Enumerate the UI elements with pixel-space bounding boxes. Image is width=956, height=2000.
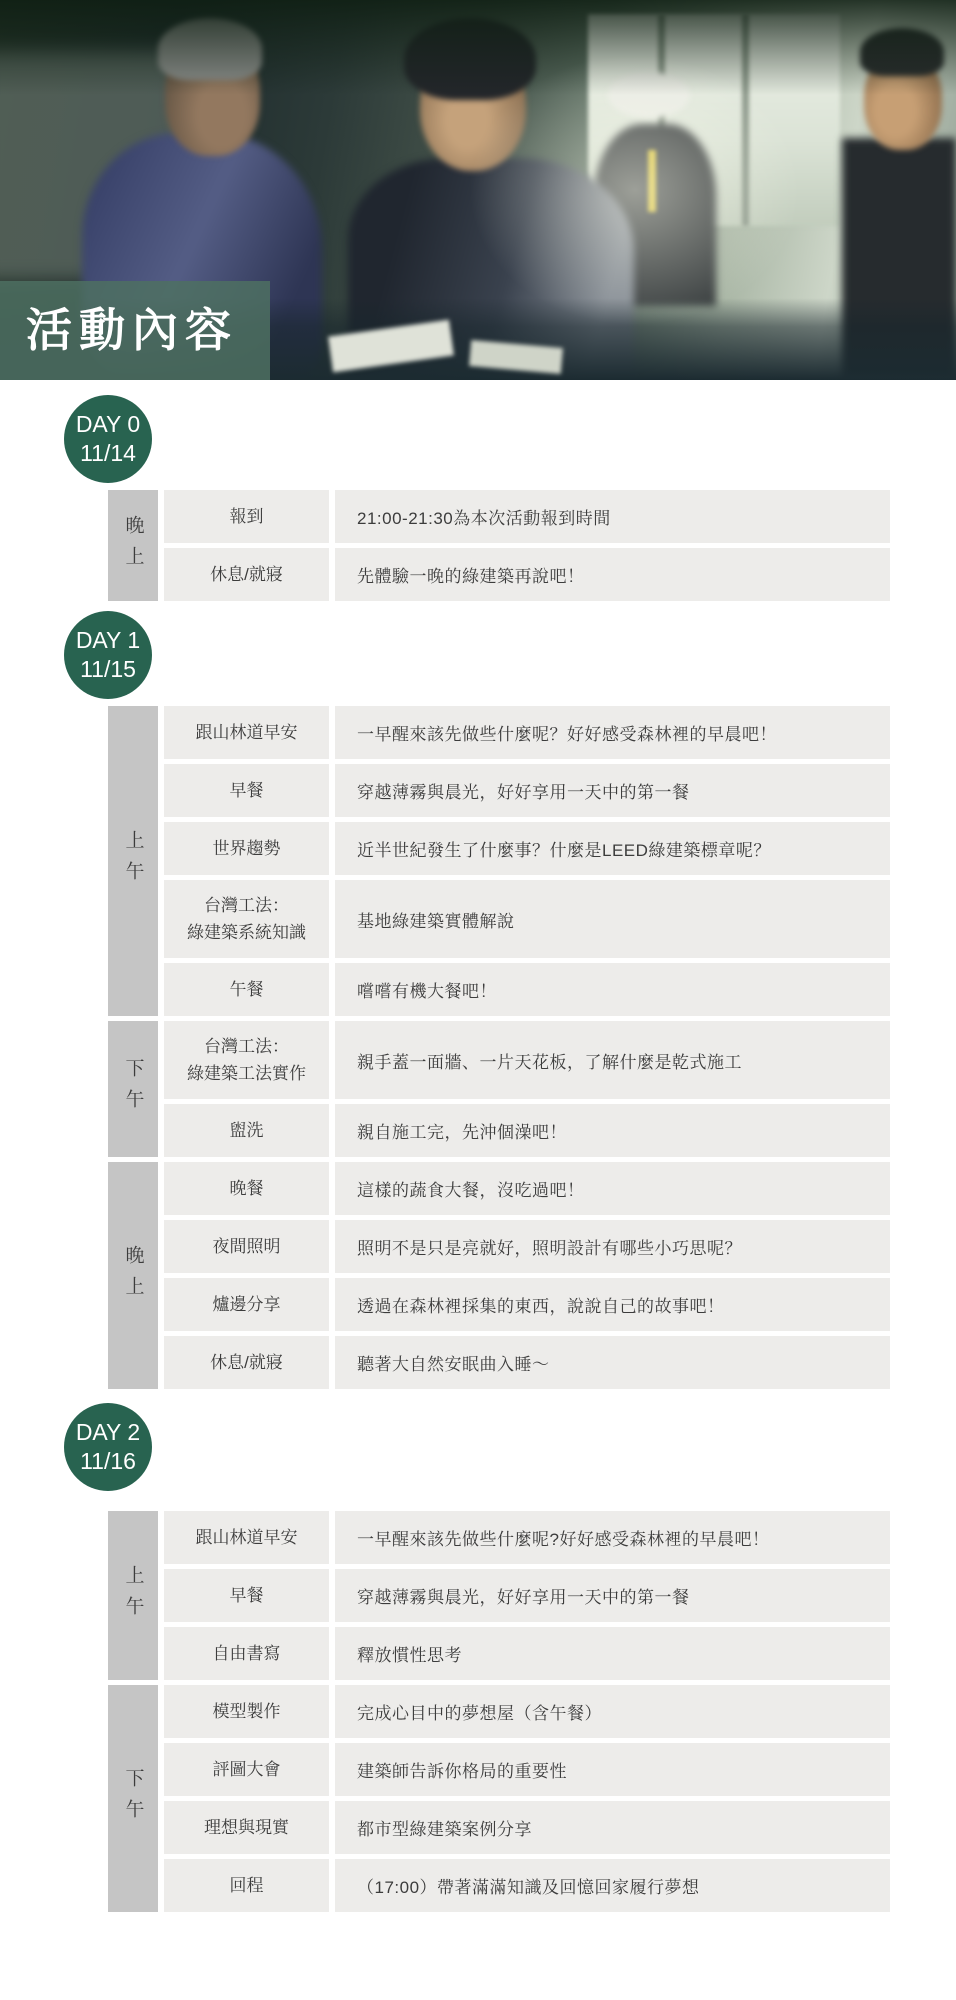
description-cell: 釋放慣性思考	[335, 1627, 890, 1680]
activity-cell: 自由書寫	[164, 1627, 329, 1680]
section-rows: 台灣工法： 綠建築工法實作親手蓋一面牆、一片天花板，了解什麼是乾式施工盥洗親自施…	[164, 1021, 890, 1157]
schedule-row: 晚餐這樣的蔬食大餐，沒吃過吧！	[164, 1162, 890, 1215]
time-of-day-cell: 下午	[108, 1021, 158, 1157]
section-rows: 跟山林道早安一早醒來該先做些什麼呢？好好感受森林裡的早晨吧！早餐穿越薄霧與晨光，…	[164, 706, 890, 1016]
schedule-section: 晚上報到21:00-21:30為本次活動報到時間休息/就寢先體驗一晚的綠建築再說…	[108, 490, 890, 601]
schedule-row: 休息/就寢聽著大自然安眠曲入睡～	[164, 1336, 890, 1389]
schedule-row: 理想與現實都市型綠建築案例分享	[164, 1801, 890, 1854]
day-group: DAY 011/14晚上報到21:00-21:30為本次活動報到時間休息/就寢先…	[0, 395, 956, 601]
day-badge-date: 11/14	[80, 439, 136, 468]
schedule-section: 下午模型製作完成心目中的夢想屋（含午餐）評圖大會建築師告訴你格局的重要性理想與現…	[108, 1685, 890, 1912]
description-cell: 一早醒來該先做些什麼呢?好好感受森林裡的早晨吧！	[335, 1511, 890, 1564]
activity-cell: 世界趨勢	[164, 822, 329, 875]
day-schedule-table: 上午跟山林道早安一早醒來該先做些什麼呢？好好感受森林裡的早晨吧！早餐穿越薄霧與晨…	[108, 706, 890, 1389]
time-of-day-cell: 晚上	[108, 490, 158, 601]
description-cell: 聽著大自然安眠曲入睡～	[335, 1336, 890, 1389]
day-badge-date: 11/16	[80, 1447, 136, 1476]
description-cell: （17:00）帶著滿滿知識及回憶回家履行夢想	[335, 1859, 890, 1912]
section-rows: 報到21:00-21:30為本次活動報到時間休息/就寢先體驗一晚的綠建築再說吧！	[164, 490, 890, 601]
schedule-section: 上午跟山林道早安一早醒來該先做些什麼呢？好好感受森林裡的早晨吧！早餐穿越薄霧與晨…	[108, 706, 890, 1016]
schedule-row: 爐邊分享透過在森林裡採集的東西，說說自己的故事吧！	[164, 1278, 890, 1331]
schedule-row: 評圖大會建築師告訴你格局的重要性	[164, 1743, 890, 1796]
time-of-day-cell: 上午	[108, 706, 158, 1016]
activity-cell: 晚餐	[164, 1162, 329, 1215]
schedule-row: 世界趨勢近半世紀發生了什麼事？什麼是LEED綠建築標章呢？	[164, 822, 890, 875]
day-badge-label: DAY 1	[76, 626, 140, 655]
activity-cell: 爐邊分享	[164, 1278, 329, 1331]
day-badge-label: DAY 2	[76, 1418, 140, 1447]
activity-cell: 回程	[164, 1859, 329, 1912]
description-cell: 21:00-21:30為本次活動報到時間	[335, 490, 890, 543]
page-title: 活動內容	[0, 308, 238, 354]
hero-photo: 活動內容	[0, 0, 956, 380]
schedule-row: 報到21:00-21:30為本次活動報到時間	[164, 490, 890, 543]
description-cell: 這樣的蔬食大餐，沒吃過吧！	[335, 1162, 890, 1215]
schedule-row: 午餐嚐嚐有機大餐吧！	[164, 963, 890, 1016]
section-rows: 晚餐這樣的蔬食大餐，沒吃過吧！夜間照明照明不是只是亮就好，照明設計有哪些小巧思呢…	[164, 1162, 890, 1389]
description-cell: 一早醒來該先做些什麼呢？好好感受森林裡的早晨吧！	[335, 706, 890, 759]
description-cell: 基地綠建築實體解說	[335, 880, 890, 958]
activity-cell: 盥洗	[164, 1104, 329, 1157]
activity-cell: 早餐	[164, 1569, 329, 1622]
schedule-row: 夜間照明照明不是只是亮就好，照明設計有哪些小巧思呢？	[164, 1220, 890, 1273]
description-cell: 親手蓋一面牆、一片天花板，了解什麼是乾式施工	[335, 1021, 890, 1099]
description-cell: 完成心目中的夢想屋（含午餐）	[335, 1685, 890, 1738]
schedule-row: 跟山林道早安一早醒來該先做些什麼呢?好好感受森林裡的早晨吧！	[164, 1511, 890, 1564]
schedule-row: 台灣工法： 綠建築工法實作親手蓋一面牆、一片天花板，了解什麼是乾式施工	[164, 1021, 890, 1099]
description-cell: 近半世紀發生了什麼事？什麼是LEED綠建築標章呢？	[335, 822, 890, 875]
day-group: DAY 211/16上午跟山林道早安一早醒來該先做些什麼呢?好好感受森林裡的早晨…	[0, 1403, 956, 1912]
description-cell: 建築師告訴你格局的重要性	[335, 1743, 890, 1796]
description-cell: 先體驗一晚的綠建築再說吧！	[335, 548, 890, 601]
title-band: 活動內容	[0, 281, 270, 380]
schedule-row: 跟山林道早安一早醒來該先做些什麼呢？好好感受森林裡的早晨吧！	[164, 706, 890, 759]
activity-cell: 台灣工法： 綠建築系統知識	[164, 880, 329, 958]
time-of-day-cell: 上午	[108, 1511, 158, 1680]
section-rows: 模型製作完成心目中的夢想屋（含午餐）評圖大會建築師告訴你格局的重要性理想與現實都…	[164, 1685, 890, 1912]
day-badge-label: DAY 0	[76, 410, 140, 439]
description-cell: 穿越薄霧與晨光，好好享用一天中的第一餐	[335, 764, 890, 817]
day-group: DAY 111/15上午跟山林道早安一早醒來該先做些什麼呢？好好感受森林裡的早晨…	[0, 611, 956, 1389]
day-badge-date: 11/15	[80, 655, 136, 684]
schedule-row: 早餐穿越薄霧與晨光，好好享用一天中的第一餐	[164, 764, 890, 817]
schedule-row: 休息/就寢先體驗一晚的綠建築再說吧！	[164, 548, 890, 601]
activity-cell: 休息/就寢	[164, 1336, 329, 1389]
day-schedule-table: 晚上報到21:00-21:30為本次活動報到時間休息/就寢先體驗一晚的綠建築再說…	[108, 490, 890, 601]
activity-cell: 早餐	[164, 764, 329, 817]
schedule-row: 模型製作完成心目中的夢想屋（含午餐）	[164, 1685, 890, 1738]
section-rows: 跟山林道早安一早醒來該先做些什麼呢?好好感受森林裡的早晨吧！早餐穿越薄霧與晨光，…	[164, 1511, 890, 1680]
activity-cell: 理想與現實	[164, 1801, 329, 1854]
activity-cell: 跟山林道早安	[164, 706, 329, 759]
schedule-section: 下午台灣工法： 綠建築工法實作親手蓋一面牆、一片天花板，了解什麼是乾式施工盥洗親…	[108, 1021, 890, 1157]
activity-cell: 跟山林道早安	[164, 1511, 329, 1564]
schedule-row: 盥洗親自施工完，先沖個澡吧！	[164, 1104, 890, 1157]
day-badge: DAY 211/16	[64, 1403, 152, 1491]
activity-cell: 模型製作	[164, 1685, 329, 1738]
description-cell: 照明不是只是亮就好，照明設計有哪些小巧思呢？	[335, 1220, 890, 1273]
schedule-row: 早餐穿越薄霧與晨光，好好享用一天中的第一餐	[164, 1569, 890, 1622]
schedule-section: 上午跟山林道早安一早醒來該先做些什麼呢?好好感受森林裡的早晨吧！早餐穿越薄霧與晨…	[108, 1511, 890, 1680]
activity-cell: 夜間照明	[164, 1220, 329, 1273]
description-cell: 都市型綠建築案例分享	[335, 1801, 890, 1854]
activity-cell: 報到	[164, 490, 329, 543]
description-cell: 透過在森林裡採集的東西，說說自己的故事吧！	[335, 1278, 890, 1331]
schedule: DAY 011/14晚上報到21:00-21:30為本次活動報到時間休息/就寢先…	[0, 395, 956, 1912]
time-of-day-cell: 下午	[108, 1685, 158, 1912]
description-cell: 親自施工完，先沖個澡吧！	[335, 1104, 890, 1157]
day-badge: DAY 011/14	[64, 395, 152, 483]
schedule-row: 回程（17:00）帶著滿滿知識及回憶回家履行夢想	[164, 1859, 890, 1912]
activity-cell: 休息/就寢	[164, 548, 329, 601]
photo-light-flare	[470, 55, 800, 325]
schedule-section: 晚上晚餐這樣的蔬食大餐，沒吃過吧！夜間照明照明不是只是亮就好，照明設計有哪些小巧…	[108, 1162, 890, 1389]
time-of-day-cell: 晚上	[108, 1162, 158, 1389]
description-cell: 嚐嚐有機大餐吧！	[335, 963, 890, 1016]
schedule-row: 自由書寫釋放慣性思考	[164, 1627, 890, 1680]
event-schedule-flyer: 活動內容 DAY 011/14晚上報到21:00-21:30為本次活動報到時間休…	[0, 0, 956, 1912]
description-cell: 穿越薄霧與晨光，好好享用一天中的第一餐	[335, 1569, 890, 1622]
activity-cell: 評圖大會	[164, 1743, 329, 1796]
day-schedule-table: 上午跟山林道早安一早醒來該先做些什麼呢?好好感受森林裡的早晨吧！早餐穿越薄霧與晨…	[108, 1511, 890, 1912]
day-badge: DAY 111/15	[64, 611, 152, 699]
schedule-row: 台灣工法： 綠建築系統知識基地綠建築實體解說	[164, 880, 890, 958]
activity-cell: 台灣工法： 綠建築工法實作	[164, 1021, 329, 1099]
activity-cell: 午餐	[164, 963, 329, 1016]
